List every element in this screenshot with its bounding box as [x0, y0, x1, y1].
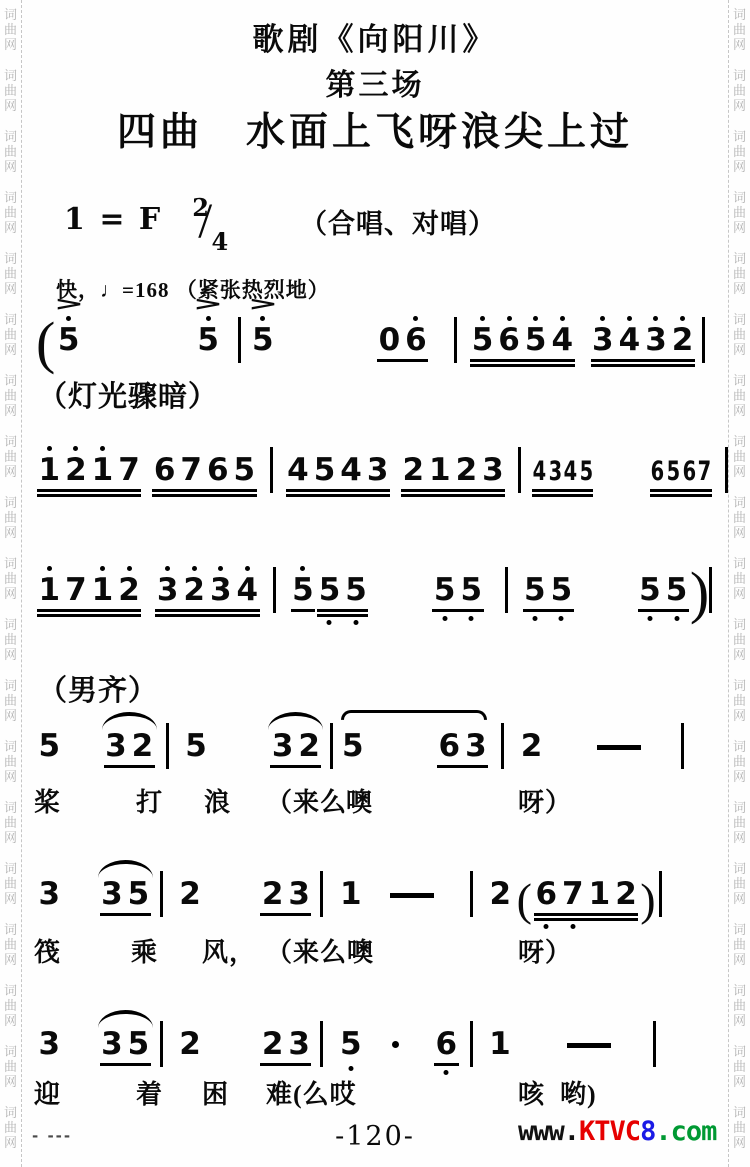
note-digit: 6 — [535, 879, 557, 910]
side-watermark-char: 词 — [733, 190, 746, 205]
spacer — [209, 761, 269, 762]
note-5: 5 — [125, 1029, 152, 1060]
beam-line — [260, 913, 311, 916]
side-watermark-char: 词 — [733, 861, 746, 876]
side-watermark-group: 词曲网 — [4, 312, 17, 357]
note-digit: 1 — [39, 575, 61, 606]
note-3: 3 — [463, 731, 490, 762]
note-group: 55 — [637, 575, 690, 606]
note-6: 6 — [681, 457, 697, 486]
beam-line — [152, 494, 256, 497]
side-watermark-char: 网 — [4, 891, 17, 906]
note-5: 5 — [665, 457, 681, 486]
note-digit: 4 — [551, 325, 573, 356]
lyric-syllable: 困 — [202, 1080, 229, 1110]
beam-line — [286, 494, 390, 497]
note-digit: 2 — [65, 455, 87, 486]
side-watermark-group: 词曲网 — [733, 373, 746, 418]
note-digit: 5 — [292, 575, 314, 606]
note-digit: 6 — [436, 1029, 458, 1060]
note-digit: 5 — [345, 575, 367, 606]
octave-dot-low — [442, 616, 447, 621]
spacer — [504, 761, 518, 762]
lyric-syllable: （来么噢 — [266, 938, 374, 968]
barline — [505, 567, 508, 613]
note-7: 7 — [63, 575, 90, 606]
beam-line — [437, 765, 488, 768]
side-watermark-group: 词曲网 — [4, 495, 17, 540]
lyric-syllable: 难(么哎 — [266, 1080, 357, 1110]
side-watermark-group: 词曲网 — [4, 190, 17, 235]
note-digit: 2 — [456, 455, 478, 486]
note-5: 5 — [183, 731, 210, 762]
key-signature: 1 = F — [64, 200, 162, 240]
side-watermark-char: 词 — [733, 7, 746, 22]
lyric-syllable: 咳 — [518, 1080, 545, 1110]
note-4: 4 — [616, 314, 643, 356]
note-digit: 6 — [207, 455, 229, 486]
note-1: 1 — [89, 444, 116, 486]
side-watermark-group: 词曲网 — [733, 861, 746, 906]
note-digit: 4 — [564, 457, 578, 486]
beam-line — [37, 609, 141, 612]
note-1: 1 — [427, 455, 454, 486]
side-watermark-char: 网 — [4, 281, 17, 296]
beam-line — [470, 359, 574, 362]
spacer — [63, 1059, 99, 1060]
spacer — [506, 485, 518, 486]
note-5: 5 — [125, 879, 152, 910]
octave-dot-high — [627, 316, 632, 321]
lyric-syllable: （来么 — [266, 788, 347, 818]
side-watermark-char: 曲 — [4, 388, 17, 403]
note-group: >5 — [55, 299, 82, 356]
barline — [518, 447, 521, 493]
note-6: 6 — [436, 731, 463, 762]
lyric-syllable: 浪 — [204, 788, 231, 818]
side-watermark-char: 网 — [4, 1013, 17, 1028]
note-2: 2 — [116, 564, 143, 606]
spacer — [369, 605, 431, 606]
beam-line — [650, 494, 711, 497]
barline — [709, 567, 712, 613]
augmentation-dot — [392, 1041, 399, 1048]
note-digit: 5 — [666, 457, 680, 486]
note-group: 2 — [518, 731, 545, 762]
octave-dot-low — [674, 616, 679, 621]
beam-line — [650, 489, 711, 492]
side-watermark-char: 曲 — [4, 571, 17, 586]
accent-mark: > — [193, 299, 223, 312]
note-digit: 4 — [237, 575, 259, 606]
spacer — [489, 761, 501, 762]
side-watermark-char: 曲 — [4, 754, 17, 769]
note-group: 1 — [337, 879, 364, 910]
note-digit: 2 — [132, 731, 154, 762]
note-3: 3 — [590, 314, 617, 356]
note-digit: 5 — [639, 575, 661, 606]
note-3: 3 — [99, 879, 126, 910]
lyric-syllable: 筏 — [34, 938, 61, 968]
octave-dot-high — [533, 316, 538, 321]
barline — [273, 567, 276, 613]
note-3: 3 — [364, 455, 391, 486]
ensemble-label: （合唱、对唱） — [300, 208, 496, 240]
side-watermark-char: 网 — [4, 464, 17, 479]
note-3: 3 — [99, 1029, 126, 1060]
note-group: 23 — [259, 879, 312, 910]
note-digit: 5 — [472, 325, 494, 356]
spacer — [221, 355, 238, 356]
side-watermark-char: 曲 — [733, 449, 746, 464]
side-watermark-char: 词 — [733, 373, 746, 388]
time-signature-denominator: 4 — [212, 230, 229, 254]
note-3: 3 — [207, 564, 234, 606]
note-5: 5 — [339, 731, 366, 762]
octave-dot-high — [47, 566, 52, 571]
note-digit: 5 — [340, 1029, 362, 1060]
side-watermark-group: 词曲网 — [733, 190, 746, 235]
note-5: 5 — [311, 455, 338, 486]
beam-line — [104, 765, 155, 768]
note-digit: 1 — [92, 575, 114, 606]
note-digit: 3 — [548, 457, 562, 486]
stage-direction-lighting: （灯光骤暗） — [38, 381, 218, 413]
note-group: 2 — [177, 1029, 204, 1060]
beam-line — [37, 494, 141, 497]
beam-line — [100, 913, 151, 916]
spacer — [545, 761, 591, 762]
spacer — [169, 761, 183, 762]
accent-mark: > — [248, 299, 278, 312]
beam-line — [638, 609, 689, 612]
note-digit: 2 — [179, 1029, 201, 1060]
beam-line — [534, 918, 638, 921]
note-3: 3 — [269, 731, 296, 762]
grace-paren: ( — [517, 882, 532, 918]
lyric-syllable: 迎 — [34, 1080, 61, 1110]
side-watermark-group: 词曲网 — [733, 312, 746, 357]
side-watermark-group: 词曲网 — [733, 556, 746, 601]
side-watermark-char: 词 — [4, 678, 17, 693]
side-watermark-char: 网 — [733, 830, 746, 845]
note-0: 0 — [376, 325, 403, 356]
beam-line — [152, 489, 256, 492]
spacer — [364, 1059, 392, 1060]
spacer — [142, 485, 151, 486]
side-watermark-char: 曲 — [733, 693, 746, 708]
side-watermark-char: 曲 — [4, 510, 17, 525]
note-digit: 5 — [551, 575, 573, 606]
side-watermark-char: 曲 — [733, 1059, 746, 1074]
side-watermark-char: 网 — [4, 647, 17, 662]
note-digit: 3 — [157, 575, 179, 606]
note-digit: 3 — [288, 1029, 310, 1060]
note-6: 6 — [649, 457, 665, 486]
close-paren: ) — [690, 572, 709, 614]
side-watermark-group: 词曲网 — [4, 434, 17, 479]
note-2: 2 — [518, 731, 545, 762]
lyric-syllable: 呀） — [518, 788, 572, 818]
side-watermark-char: 网 — [733, 342, 746, 357]
octave-dot-low — [647, 616, 652, 621]
note-5: 5 — [548, 575, 575, 606]
opera-title: 歌剧《向阳川》 — [0, 22, 750, 58]
octave-dot-high — [100, 566, 105, 571]
note-group: 5654 — [469, 314, 575, 356]
spacer — [440, 909, 470, 910]
note-group: 6567 — [649, 457, 712, 486]
spacer — [203, 1059, 259, 1060]
spacer — [276, 605, 290, 606]
note-digit: 0 — [379, 325, 401, 356]
note-group: 4543 — [285, 455, 391, 486]
side-watermark-char: 词 — [4, 739, 17, 754]
open-paren: ( — [36, 322, 55, 364]
note-4: 4 — [563, 457, 579, 486]
octave-dot-high — [413, 316, 418, 321]
note-digit: 5 — [185, 731, 207, 762]
note-1: 1 — [89, 564, 116, 606]
note-digit: 3 — [101, 879, 123, 910]
octave-dot-high — [653, 316, 658, 321]
spacer — [399, 1059, 433, 1060]
lyric-syllable: 乘 — [131, 938, 158, 968]
spacer — [273, 485, 285, 486]
side-watermark-char: 词 — [733, 983, 746, 998]
beam-line — [100, 1063, 151, 1066]
octave-dot-high — [245, 566, 250, 571]
note-2: 2 — [177, 1029, 204, 1060]
song-title: 四曲 水面上飞呀浪尖上过 — [0, 110, 750, 156]
note-5: >5 — [249, 299, 276, 356]
beam-line — [291, 609, 316, 612]
music-line-5: 33522312(6712) — [36, 878, 662, 910]
note-digit: 6 — [682, 457, 696, 486]
octave-dot-high — [218, 566, 223, 571]
barline — [320, 871, 323, 917]
note-5: 5 — [290, 564, 317, 606]
note-digit: 1 — [340, 879, 362, 910]
note-digit: 2 — [490, 879, 512, 910]
note-digit: 5 — [197, 325, 219, 356]
note-5: 5 — [579, 457, 595, 486]
note-3: 3 — [643, 314, 670, 356]
music-line-6: 335223561 — [36, 1028, 656, 1060]
spacer — [594, 485, 649, 486]
note-7: 7 — [697, 457, 713, 486]
spacer — [364, 909, 384, 910]
lyrics-row-2: 筏乘风，（来么噢呀） — [0, 938, 750, 972]
note-group: 35 — [99, 1029, 152, 1060]
note-3: 3 — [36, 879, 63, 910]
note-group: 55 — [431, 575, 484, 606]
barline — [725, 447, 728, 493]
note-4: 4 — [338, 455, 365, 486]
note-2: 2 — [259, 879, 286, 910]
spacer — [473, 1059, 487, 1060]
spacer — [163, 909, 177, 910]
note-group: >5 — [249, 299, 276, 356]
beam-line — [317, 614, 368, 617]
spacer — [521, 485, 531, 486]
note-1: 1 — [487, 1029, 514, 1060]
note-group: 3 — [36, 1029, 63, 1060]
octave-dot-high — [73, 446, 78, 451]
note-digit: 5 — [128, 879, 150, 910]
spacer — [457, 355, 469, 356]
note-digit: 1 — [92, 455, 114, 486]
note-2: 2 — [669, 314, 696, 356]
note-digit: 5 — [128, 1029, 150, 1060]
side-watermark-char: 网 — [4, 525, 17, 540]
spacer — [485, 605, 505, 606]
side-watermark-char: 曲 — [733, 388, 746, 403]
spacer — [163, 1059, 177, 1060]
note-digit: 2 — [262, 879, 284, 910]
side-watermark-char: 曲 — [4, 1059, 17, 1074]
note-group: 35 — [99, 879, 152, 910]
note-2: 2 — [296, 731, 323, 762]
note-group: 4345 — [531, 457, 594, 486]
note-2: 2 — [259, 1029, 286, 1060]
note-group: 5 — [183, 731, 210, 762]
side-watermark-group: 词曲网 — [733, 739, 746, 784]
octave-dot-high — [560, 316, 565, 321]
side-watermark-char: 词 — [4, 7, 17, 22]
side-watermark-char: 网 — [4, 586, 17, 601]
slur-span: 563 — [339, 731, 489, 762]
note-2: 2 — [181, 564, 208, 606]
spacer — [241, 355, 249, 356]
time-signature-slash: / — [198, 194, 212, 246]
note-7: 7 — [116, 455, 143, 486]
side-watermark-group: 词曲网 — [733, 617, 746, 662]
side-watermark-char: 网 — [733, 159, 746, 174]
note-6: 6 — [204, 455, 231, 486]
site-watermark-prefix: www. — [518, 1116, 579, 1147]
note-1: 1 — [337, 879, 364, 910]
side-watermark-char: 网 — [733, 525, 746, 540]
note-5: 5 — [469, 314, 496, 356]
note-6: 6 — [403, 314, 430, 356]
side-watermark-group: 词曲网 — [733, 434, 746, 479]
note-digit: 6 — [154, 455, 176, 486]
side-watermark-char: 词 — [4, 556, 17, 571]
beam-line — [377, 359, 428, 362]
note-digit: 5 — [39, 731, 61, 762]
side-watermark-char: 曲 — [733, 266, 746, 281]
side-watermark-char: 网 — [733, 1013, 746, 1028]
side-watermark-char: 网 — [4, 708, 17, 723]
side-watermark-char: 词 — [733, 312, 746, 327]
spacer — [203, 909, 259, 910]
note-digit: 1 — [589, 879, 611, 910]
beam-line — [591, 364, 695, 367]
note-4: 4 — [285, 455, 312, 486]
note-4: 4 — [234, 564, 261, 606]
note-3: 3 — [480, 455, 507, 486]
side-watermark-char: 曲 — [4, 632, 17, 647]
beam-line — [317, 609, 368, 612]
side-watermark-char: 词 — [4, 373, 17, 388]
spacer — [513, 1059, 561, 1060]
side-watermark-group: 词曲网 — [4, 373, 17, 418]
spacer — [713, 485, 725, 486]
lyric-syllable: 风， — [202, 938, 256, 968]
spacer — [323, 1059, 337, 1060]
barline — [659, 871, 662, 917]
side-watermark-char: 词 — [733, 922, 746, 937]
octave-dot-high — [300, 566, 305, 571]
barline — [702, 317, 705, 363]
lyric-syllable: 哟) — [560, 1080, 597, 1110]
note-2: 2 — [63, 444, 90, 486]
time-signature: 2 / 4 — [190, 200, 230, 252]
spacer — [391, 485, 400, 486]
side-watermark-group: 词曲网 — [4, 617, 17, 662]
beam-line — [534, 913, 638, 916]
note-5: 5 — [637, 575, 664, 606]
note-2: 2 — [400, 455, 427, 486]
side-watermark-char: 词 — [4, 922, 17, 937]
side-watermark-group: 词曲网 — [4, 678, 17, 723]
note-4: 4 — [549, 314, 576, 356]
spacer — [473, 909, 487, 910]
note-5: 5 — [458, 575, 485, 606]
note-5: 5 — [663, 575, 690, 606]
side-watermark-char: 词 — [733, 739, 746, 754]
note-digit: 2 — [615, 879, 637, 910]
music-line-2: 121767654543212343456567 — [36, 454, 728, 486]
spacer — [647, 761, 681, 762]
note-digit: 2 — [179, 879, 201, 910]
octave-dot-low — [544, 924, 549, 929]
side-watermark-group: 词曲网 — [4, 556, 17, 601]
note-digit: 3 — [592, 325, 614, 356]
side-watermark-char: 网 — [733, 403, 746, 418]
note-digit: 2 — [183, 575, 205, 606]
beam-line — [401, 489, 505, 492]
note-digit: 1 — [429, 455, 451, 486]
note-digit: 7 — [180, 455, 202, 486]
lyric-syllable: 打 — [136, 788, 163, 818]
barline — [470, 1021, 473, 1067]
side-watermark-char: 曲 — [4, 205, 17, 220]
note-2: 2 — [487, 879, 514, 910]
note-6: 6 — [496, 314, 523, 356]
note-6: 6 — [433, 1029, 460, 1060]
note-5: >5 — [55, 299, 82, 356]
barline — [160, 1021, 163, 1067]
spacer — [514, 909, 516, 910]
side-watermark-char: 曲 — [733, 876, 746, 891]
side-watermark-char: 词 — [4, 190, 17, 205]
side-watermark-char: 曲 — [733, 754, 746, 769]
barline — [330, 723, 333, 769]
note-1: 1 — [586, 879, 613, 910]
side-watermark-char: 网 — [733, 220, 746, 235]
spacer — [63, 909, 99, 910]
octave-dot-high — [206, 316, 211, 321]
beam-line — [286, 489, 390, 492]
spacer — [261, 605, 273, 606]
spacer — [576, 355, 590, 356]
note-digit: 5 — [434, 575, 456, 606]
music-line-4: 5325325632 — [36, 730, 684, 762]
octave-dot-high — [100, 446, 105, 451]
side-watermark-char: 词 — [733, 617, 746, 632]
